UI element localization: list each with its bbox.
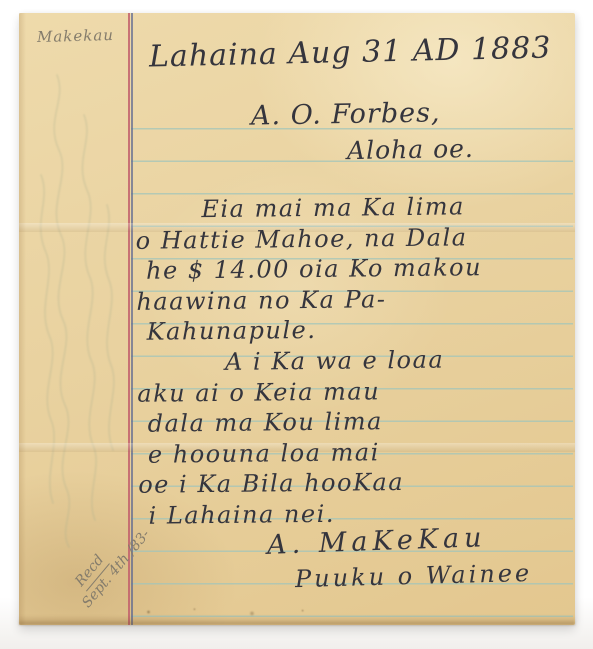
- paper-bottom-edge-shading: [19, 615, 575, 625]
- letter-recipient: A. O. Forbes,: [251, 97, 441, 131]
- body-line: he $ 14.00 oia Ko makou: [146, 253, 482, 287]
- body-line: dala ma Kou lima: [147, 406, 483, 440]
- body-line: oe i Ka Bila hooKaa: [138, 468, 484, 502]
- archival-pencil-note: Makekau: [37, 26, 114, 46]
- body-line: Kahunapule.: [147, 315, 483, 349]
- letter-body: Eia mai ma Ka lima o Hattie Mahoe, na Da…: [135, 192, 484, 532]
- letter-paper: Makekau Lahaina Aug 31 AD 1883 A. O. For…: [19, 13, 575, 625]
- paper-left-edge-shading: [19, 13, 26, 625]
- bleed-through-ghost-writing: [29, 55, 129, 555]
- body-line: o Hattie Mahoe, na Dala: [136, 223, 482, 257]
- body-line: e hoouna loa mai: [148, 437, 484, 471]
- letter-dateline: Lahaina Aug 31 AD 1883: [149, 30, 552, 74]
- letter-salutation: Aloha oe.: [347, 134, 474, 165]
- scanned-letter-page: Makekau Lahaina Aug 31 AD 1883 A. O. For…: [0, 0, 593, 649]
- body-line: aku ai o Keia mau: [137, 376, 483, 410]
- body-line: A i Ka wa e loaa: [225, 345, 483, 378]
- body-line: Eia mai ma Ka lima: [201, 192, 481, 226]
- body-line: haawina no Ka Pa-: [136, 284, 482, 318]
